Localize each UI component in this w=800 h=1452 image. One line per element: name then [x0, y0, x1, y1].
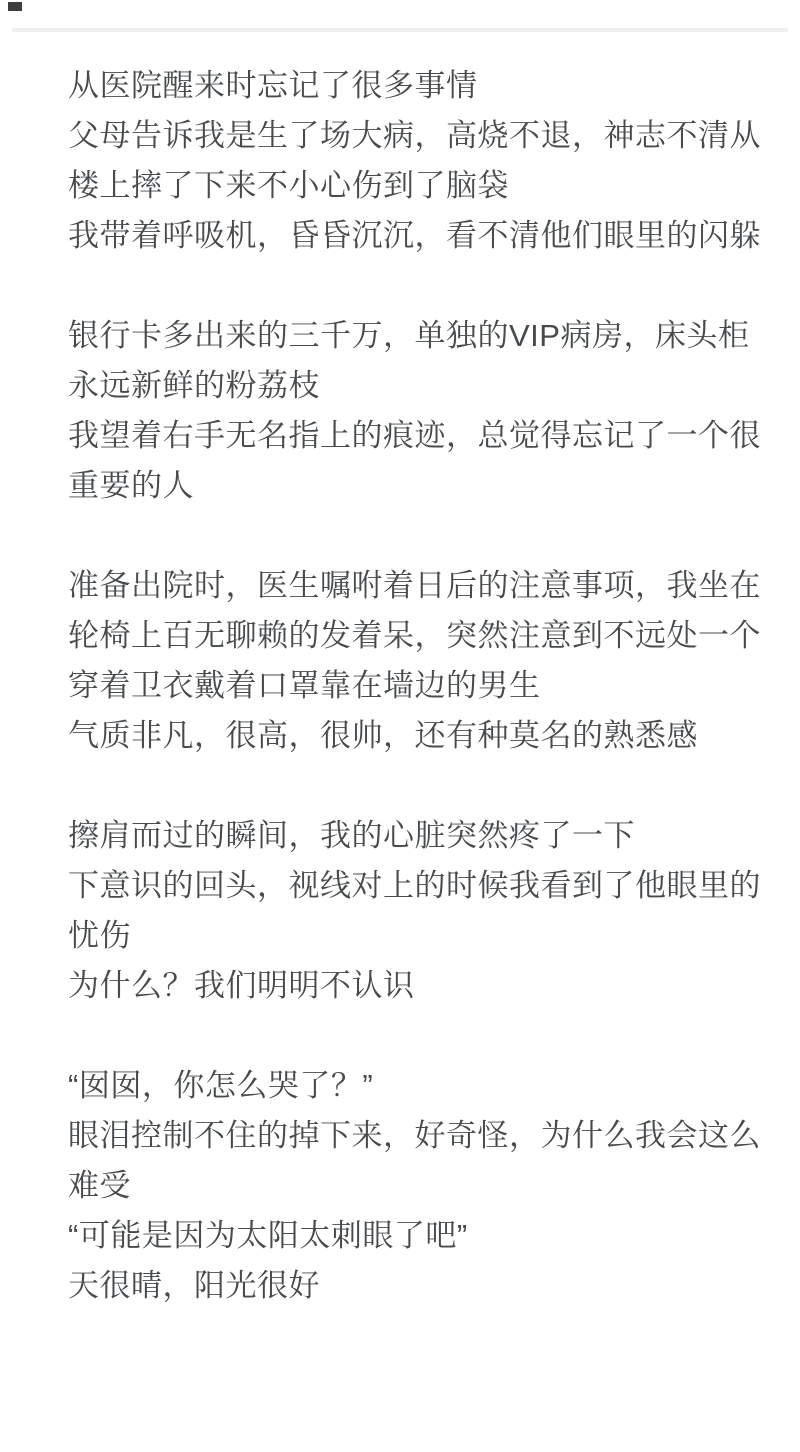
top-left-image-fragment — [8, 2, 22, 11]
text-line: 我带着呼吸机，昏昏沉沉，看不清他们眼里的闪躲 — [68, 211, 780, 261]
text-line: 轮椅上百无聊赖的发着呆，突然注意到不远处一个 — [68, 611, 780, 661]
section-divider — [12, 28, 788, 32]
paragraph: 准备出院时，医生嘱咐着日后的注意事项，我坐在轮椅上百无聊赖的发着呆，突然注意到不… — [68, 561, 780, 761]
reader-page: 从医院醒来时忘记了很多事情父母告诉我是生了场大病，高烧不退，神志不清从楼上摔了下… — [0, 0, 800, 1452]
text-line: 眼泪控制不住的掉下来，好奇怪，为什么我会这么 — [68, 1111, 780, 1161]
text-line: 准备出院时，医生嘱咐着日后的注意事项，我坐在 — [68, 561, 780, 611]
text-line: “可能是因为太阳太刺眼了吧” — [68, 1211, 780, 1261]
text-line: 穿着卫衣戴着口罩靠在墙边的男生 — [68, 661, 780, 711]
text-line: 气质非凡，很高，很帅，还有种莫名的熟悉感 — [68, 711, 780, 761]
text-line: 天很晴，阳光很好 — [68, 1261, 780, 1311]
text-line: 擦肩而过的瞬间，我的心脏突然疼了一下 — [68, 811, 780, 861]
paragraph: 银行卡多出来的三千万，单独的VIP病房，床头柜永远新鲜的粉荔枝我望着右手无名指上… — [68, 311, 780, 511]
paragraph: 从医院醒来时忘记了很多事情父母告诉我是生了场大病，高烧不退，神志不清从楼上摔了下… — [68, 61, 780, 261]
paragraph: 擦肩而过的瞬间，我的心脏突然疼了一下下意识的回头，视线对上的时候我看到了他眼里的… — [68, 811, 780, 1011]
text-line: 重要的人 — [68, 461, 780, 511]
text-line: 忧伤 — [68, 911, 780, 961]
story-text: 从医院醒来时忘记了很多事情父母告诉我是生了场大病，高烧不退，神志不清从楼上摔了下… — [68, 61, 780, 1311]
text-line: 难受 — [68, 1161, 780, 1211]
text-line: 楼上摔了下来不小心伤到了脑袋 — [68, 161, 780, 211]
text-line: “囡囡，你怎么哭了？” — [68, 1061, 780, 1111]
text-line: 下意识的回头，视线对上的时候我看到了他眼里的 — [68, 861, 780, 911]
text-line: 银行卡多出来的三千万，单独的VIP病房，床头柜 — [68, 311, 780, 361]
text-line: 我望着右手无名指上的痕迹，总觉得忘记了一个很 — [68, 411, 780, 461]
text-line: 永远新鲜的粉荔枝 — [68, 361, 780, 411]
paragraph: “囡囡，你怎么哭了？”眼泪控制不住的掉下来，好奇怪，为什么我会这么难受“可能是因… — [68, 1061, 780, 1311]
text-line: 从医院醒来时忘记了很多事情 — [68, 61, 780, 111]
text-line: 父母告诉我是生了场大病，高烧不退，神志不清从 — [68, 111, 780, 161]
text-line: 为什么？我们明明不认识 — [68, 961, 780, 1011]
